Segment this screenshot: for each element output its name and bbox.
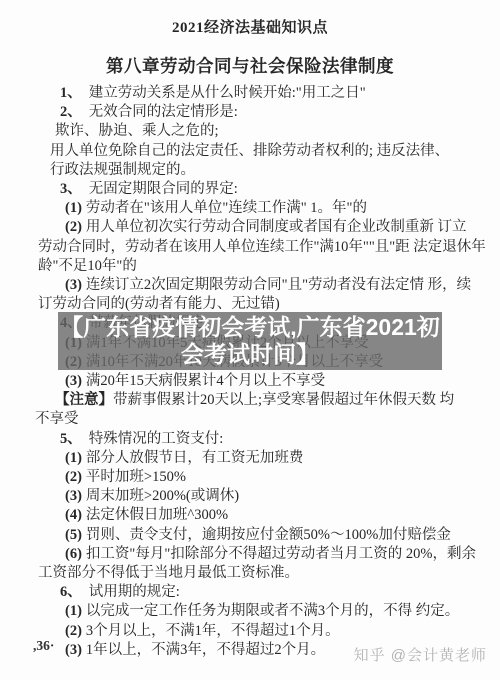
doc-line: 工资部分不得低于当地月最低工资标准。 (38, 564, 472, 583)
doc-line: 2、无效合同的法定情形是: (60, 103, 472, 122)
line-prefix: (6) (65, 546, 82, 562)
line-prefix: (1) (65, 603, 82, 619)
doc-line: (6)扣工资"每月"扣除部分不得超过劳动者当月工资的 20%，剩余 (65, 545, 472, 564)
line-text: 不享受 (35, 411, 79, 427)
line-prefix: 3、 (60, 181, 82, 197)
watermark-banner-line2: 会考试时间】 (181, 341, 319, 368)
page-number: ,36· (33, 638, 54, 654)
line-prefix: (2) (65, 219, 82, 235)
line-text: 满20年15天病假累计4个月以上不享受 (86, 373, 325, 389)
doc-line: 1、建立劳动关系是从什么时候开始:"用工之日" (60, 84, 472, 103)
doc-line: 劳动合同时，劳动者在该用人单位连续工作"满10年""且"距 法定退休年 (38, 238, 472, 257)
line-prefix: (3) (65, 373, 82, 389)
chapter-heading: 第八章劳动合同与社会保险法律制度 (0, 53, 500, 78)
doc-line: 3、无固定期限合同的界定: (60, 180, 472, 199)
watermark-banner-line1: 【广东省疫情初会考试,广东省2021初 (60, 314, 440, 341)
doc-line: (1)部分人放假节日，有工资无加班费 (65, 449, 472, 468)
line-text: 带薪事假累计20天以上;享受寒暑假超过年休假天数 均 (113, 392, 454, 408)
line-text: 周末加班>200%(或调休) (86, 488, 239, 504)
doc-line: 用人单位免除自己的法定责任、排除劳动者权利的; 违反法律、 (50, 142, 472, 161)
doc-line: (2)平时加班>150% (65, 468, 472, 487)
line-prefix: (5) (65, 527, 82, 543)
line-prefix: (1) (65, 200, 82, 216)
doc-body: 1、建立劳动关系是从什么时候开始:"用工之日" 2、无效合同的法定情形是: 欺诈… (0, 84, 500, 660)
doc-line: (3)满20年15天病假累计4个月以上不享受 (65, 372, 472, 391)
line-text: 法定休假日加班^300% (86, 507, 228, 523)
line-text: 建立劳动关系是从什么时候开始:"用工之日" (89, 85, 366, 101)
line-prefix: (1) (65, 450, 82, 466)
doc-line: (5)罚则、责令支付，逾期按应付金额50%〜100%加付赔偿金 (65, 526, 472, 545)
line-text: 工资部分不得低于当地月最低工资标准。 (38, 565, 299, 581)
zhihu-credit-watermark: 知乎 @会计黄老师 (354, 644, 487, 665)
line-prefix: (3) (65, 277, 82, 293)
doc-line: 6、试用期的规定: (60, 583, 472, 602)
line-prefix: 2、 (60, 104, 82, 120)
line-text: 订劳动合同的(劳动者有能力、无过错) (38, 296, 280, 312)
document-page: 2021经济法基础知识点 第八章劳动合同与社会保险法律制度 1、建立劳动关系是从… (0, 0, 500, 680)
line-prefix: 1、 (60, 85, 82, 101)
line-text: 特殊情况的工资支付: (89, 431, 224, 447)
doc-line: (1)以完成一定工作任务为期限或者不满3个月的，不得 约定。 (65, 602, 472, 621)
doc-line: 行政法规强制规定的。 (50, 161, 472, 180)
doc-line: 欺诈、胁迫、乘人之危的; (55, 122, 472, 141)
line-text: 龄"不足10年"的 (38, 258, 137, 274)
line-text: 罚则、责令支付，逾期按应付金额50%〜100%加付赔偿金 (86, 527, 451, 543)
doc-line: (2)用人单位初次实行劳动合同制度或者国有企业改制重新 订立 (65, 218, 472, 237)
line-text: 1年以上，不满3年，不得超过2个月。 (86, 642, 325, 658)
line-prefix: 【注意】 (55, 392, 113, 408)
line-text: 劳动者在"该用人单位"连续工作满" 1。年"的 (86, 200, 367, 216)
line-text: 欺诈、胁迫、乘人之危的; (55, 123, 219, 139)
line-prefix: (3) (65, 642, 82, 658)
line-text: 平时加班>150% (86, 469, 186, 485)
doc-line: 5、特殊情况的工资支付: (60, 430, 472, 449)
line-prefix: 5、 (60, 431, 82, 447)
line-text: 行政法规强制规定的。 (50, 162, 195, 178)
doc-line: (1)劳动者在"该用人单位"连续工作满" 1。年"的 (65, 199, 472, 218)
doc-line: 龄"不足10年"的 (38, 257, 472, 276)
doc-line: (2)3个月以上，不满1年，不得超过1个月。 (65, 622, 472, 641)
line-text: 连续订立2次固定期限劳动合同"且"劳动者没有法定情 形，续 (86, 277, 471, 293)
line-prefix: (2) (65, 469, 82, 485)
line-text: 扣工资"每月"扣除部分不得超过劳动者当月工资的 20%，剩余 (86, 546, 476, 562)
line-text: 以完成一定工作任务为期限或者不满3个月的，不得 约定。 (86, 603, 459, 619)
doc-title: 2021经济法基础知识点 (0, 0, 500, 37)
line-prefix: (3) (65, 488, 82, 504)
line-text: 用人单位免除自己的法定责任、排除劳动者权利的; 违反法律、 (50, 143, 449, 159)
line-text: 3个月以上，不满1年，不得超过1个月。 (86, 623, 340, 639)
watermark-banner: 【广东省疫情初会考试,广东省2021初 会考试时间】 (58, 312, 442, 370)
line-prefix: 6、 (60, 584, 82, 600)
line-prefix: (4) (65, 507, 82, 523)
doc-line: (3)周末加班>200%(或调休) (65, 487, 472, 506)
line-text: 用人单位初次实行劳动合同制度或者国有企业改制重新 订立 (86, 219, 467, 235)
line-text: 劳动合同时，劳动者在该用人单位连续工作"满10年""且"距 法定退休年 (38, 239, 486, 255)
line-prefix: (2) (65, 623, 82, 639)
line-text: 部分人放假节日，有工资无加班费 (86, 450, 304, 466)
doc-line: 【注意】带薪事假累计20天以上;享受寒暑假超过年休假天数 均 (55, 391, 472, 410)
doc-line: (4)法定休假日加班^300% (65, 506, 472, 525)
doc-line: (3)连续订立2次固定期限劳动合同"且"劳动者没有法定情 形，续 (65, 276, 472, 295)
line-text: 无固定期限合同的界定: (89, 181, 238, 197)
line-text: 试用期的规定: (89, 584, 180, 600)
line-text: 无效合同的法定情形是: (89, 104, 238, 120)
doc-line: 不享受 (35, 410, 472, 429)
